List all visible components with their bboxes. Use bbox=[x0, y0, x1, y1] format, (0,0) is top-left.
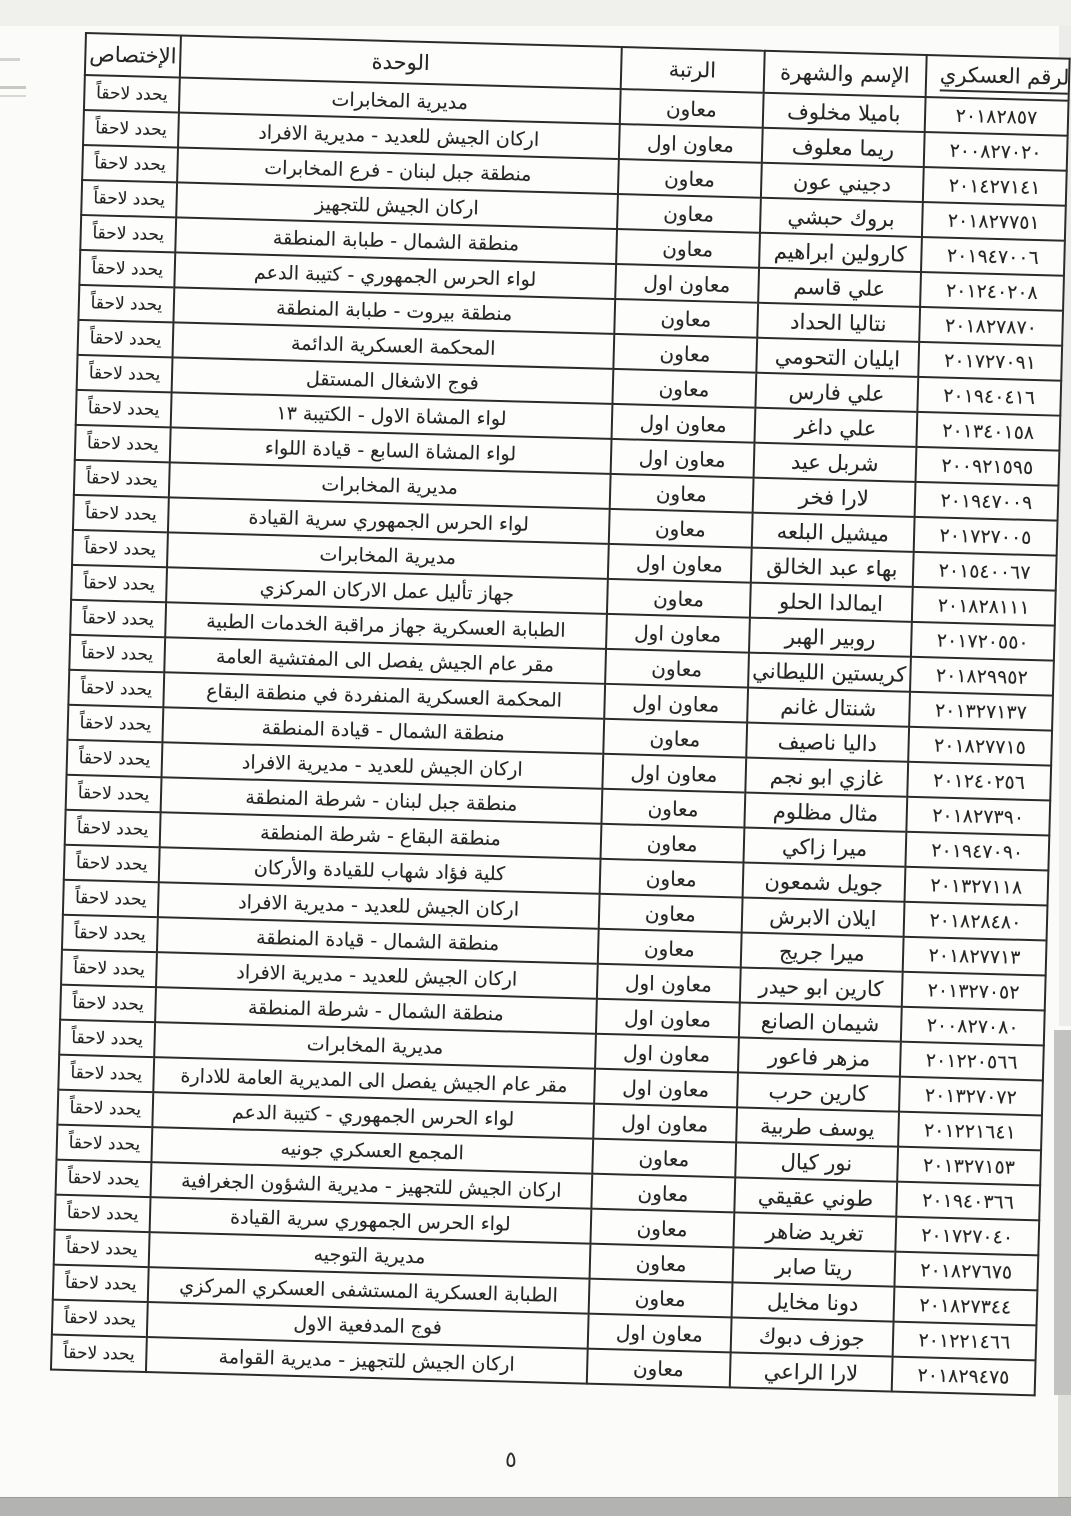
scan-bottom-edge bbox=[0, 1497, 1071, 1516]
cell-military-number: ٢٠١٩٤٧٠٩٠ bbox=[905, 832, 1049, 871]
scan-edge-mark bbox=[0, 58, 20, 61]
cell-rank: معاون bbox=[619, 89, 763, 128]
cell-rank: معاون bbox=[613, 334, 757, 373]
cell-specialization: يحدد لاحقاً bbox=[69, 635, 165, 672]
cell-name: علي داغر bbox=[754, 408, 917, 447]
cell-military-number: ٢٠١٧٢٧٠٠٥ bbox=[913, 517, 1057, 556]
cell-specialization: يحدد لاحقاً bbox=[54, 1230, 150, 1267]
cell-rank: معاون bbox=[612, 369, 756, 408]
cell-military-number: ٢٠٠٨٢٧٠٨٠ bbox=[901, 1007, 1045, 1046]
cell-name: يوسف طربية bbox=[736, 1107, 899, 1146]
cell-military-number: ٢٠١٢٤٠٢٠٨ bbox=[920, 272, 1064, 311]
cell-rank: معاون اول bbox=[610, 439, 754, 478]
cell-rank: معاون اول bbox=[597, 964, 741, 1003]
cell-military-number: ٢٠١٢٤٠٢٥٦ bbox=[907, 762, 1051, 801]
cell-specialization: يحدد لاحقاً bbox=[63, 880, 159, 917]
cell-specialization: يحدد لاحقاً bbox=[83, 110, 179, 147]
cell-name: ايليان التحومي bbox=[756, 338, 919, 377]
scan-edge-mark bbox=[0, 95, 26, 97]
cell-rank: معاون bbox=[608, 509, 752, 548]
cell-rank: معاون اول bbox=[615, 264, 759, 303]
cell-name: نور كيال bbox=[735, 1142, 898, 1181]
cell-military-number: ٢٠١٢٢٠٥٦٦ bbox=[900, 1042, 1044, 1081]
cell-name: كارين حرب bbox=[737, 1072, 900, 1111]
cell-name: باميلا مخلوف bbox=[762, 93, 925, 132]
cell-specialization: يحدد لاحقاً bbox=[58, 1055, 154, 1092]
cell-specialization: يحدد لاحقاً bbox=[68, 670, 164, 707]
cell-specialization: يحدد لاحقاً bbox=[72, 530, 168, 567]
cell-specialization: يحدد لاحقاً bbox=[67, 740, 163, 777]
cell-name: ميرا جريج bbox=[741, 932, 904, 971]
cell-rank: معاون bbox=[617, 194, 761, 233]
cell-rank: معاون bbox=[598, 894, 742, 933]
cell-rank: معاون bbox=[591, 1174, 735, 1213]
cell-rank: معاون bbox=[600, 824, 744, 863]
cell-military-number: ٢٠١٣٢٧١١٨ bbox=[904, 867, 1048, 906]
cell-name: لارا فخر bbox=[752, 478, 915, 517]
cell-specialization: يحدد لاحقاً bbox=[74, 460, 170, 497]
scan-edge-mark bbox=[0, 86, 26, 89]
cell-rank: معاون اول bbox=[602, 754, 746, 793]
cell-name: كريستين الليطاني bbox=[748, 653, 911, 692]
cell-rank: معاون bbox=[586, 1349, 730, 1388]
cell-military-number: ٢٠١٨٢٧٦٧٥ bbox=[894, 1252, 1038, 1291]
cell-name: تغريد ضاهر bbox=[733, 1212, 896, 1251]
cell-name: دجيني عون bbox=[761, 163, 924, 202]
cell-name: مزهر فاعور bbox=[738, 1037, 901, 1076]
cell-military-number: ٢٠١٧٢٧٠٤٠ bbox=[895, 1217, 1039, 1256]
cell-name: ميشيل البلعه bbox=[751, 513, 914, 552]
cell-specialization: يحدد لاحقاً bbox=[84, 75, 180, 112]
cell-specialization: يحدد لاحقاً bbox=[53, 1265, 149, 1302]
cell-military-number: ٢٠١٩٤٠٤١٦ bbox=[917, 377, 1061, 416]
cell-military-number: ٢٠١٨٢٨٥٧ bbox=[924, 97, 1068, 136]
cell-military-number: ٢٠١٨٢٨١١١ bbox=[912, 587, 1056, 626]
cell-specialization: يحدد لاحقاً bbox=[52, 1300, 148, 1337]
cell-name: ريتا صابر bbox=[732, 1247, 895, 1286]
cell-military-number: ٢٠١٨٢٧٧٥١ bbox=[922, 202, 1066, 241]
cell-military-number: ٢٠١٩٤٧٠٠٩ bbox=[914, 482, 1058, 521]
cell-specialization: يحدد لاحقاً bbox=[62, 915, 158, 952]
cell-military-number: ٢٠١٣٢٧٠٥٢ bbox=[902, 972, 1046, 1011]
cell-name: طوني عقيقي bbox=[734, 1177, 897, 1216]
cell-military-number: ٢٠١٣٢٧١٣٧ bbox=[909, 692, 1053, 731]
cell-specialization: يحدد لاحقاً bbox=[82, 145, 178, 182]
page-number: ٥ bbox=[505, 1448, 517, 1473]
cell-name: شربل عيد bbox=[753, 443, 916, 482]
cell-specialization: يحدد لاحقاً bbox=[75, 425, 171, 462]
cell-specialization: يحدد لاحقاً bbox=[64, 845, 160, 882]
cell-name: كارولين ابراهيم bbox=[759, 233, 922, 272]
cell-rank: معاون bbox=[605, 649, 749, 688]
cell-military-number: ٢٠١٥٤٠٠٦٧ bbox=[913, 552, 1057, 591]
cell-rank: معاون اول bbox=[608, 544, 752, 583]
cell-rank: معاون bbox=[597, 929, 741, 968]
cell-military-number: ٢٠١٢٢١٤٦٦ bbox=[892, 1322, 1036, 1361]
scan-top-shade bbox=[0, 0, 1071, 26]
cell-name: علي قاسم bbox=[758, 268, 921, 307]
cell-specialization: يحدد لاحقاً bbox=[79, 250, 175, 287]
cell-name: غازي ابو نجم bbox=[745, 758, 908, 797]
personnel-table: الرقم العسكري الإسم والشهرة الرتبة الوحد… bbox=[50, 32, 1071, 1396]
cell-name: مثال مظلوم bbox=[744, 793, 907, 832]
cell-specialization: يحدد لاحقاً bbox=[56, 1125, 152, 1162]
cell-specialization: يحدد لاحقاً bbox=[80, 215, 176, 252]
cell-name: ايمالدا الحلو bbox=[750, 583, 913, 622]
cell-specialization: يحدد لاحقاً bbox=[65, 810, 161, 847]
cell-rank: معاون اول bbox=[619, 124, 763, 163]
cell-name: علي فارس bbox=[755, 373, 918, 412]
cell-name: جوزف دبوك bbox=[730, 1317, 893, 1356]
cell-specialization: يحدد لاحقاً bbox=[60, 985, 156, 1022]
col-header-specialization: الإختصاص bbox=[85, 33, 181, 77]
cell-name: جويل شمعون bbox=[742, 863, 905, 902]
scanned-page: { "page": { "number": "٥" }, "table": { … bbox=[0, 0, 1071, 1516]
cell-specialization: يحدد لاحقاً bbox=[78, 320, 174, 357]
cell-rank: معاون bbox=[616, 229, 760, 268]
cell-military-number: ٢٠١٧٢٧٠٩١ bbox=[918, 342, 1062, 381]
cell-name: روبير الهبر bbox=[749, 618, 912, 657]
cell-rank: معاون اول bbox=[587, 1314, 731, 1353]
cell-military-number: ٢٠١٨٢٨٤٨٠ bbox=[903, 902, 1047, 941]
cell-specialization: يحدد لاحقاً bbox=[66, 775, 162, 812]
cell-specialization: يحدد لاحقاً bbox=[78, 285, 174, 322]
cell-military-number: ٢٠١٣٤٠١٥٨ bbox=[916, 412, 1060, 451]
cell-rank: معاون bbox=[607, 579, 751, 618]
cell-name: بروك حبشي bbox=[760, 198, 923, 237]
cell-military-number: ٢٠١٤٢٧١٤١ bbox=[923, 167, 1067, 206]
cell-rank: معاون bbox=[614, 299, 758, 338]
cell-rank: معاون اول bbox=[595, 1034, 739, 1073]
cell-military-number: ٢٠١٣٢٧١٥٣ bbox=[897, 1147, 1041, 1186]
cell-rank: معاون bbox=[592, 1139, 736, 1178]
cell-specialization: يحدد لاحقاً bbox=[55, 1195, 151, 1232]
cell-rank: معاون bbox=[603, 719, 747, 758]
cell-military-number: ٢٠٠٩٢١٥٩٥ bbox=[915, 447, 1059, 486]
cell-specialization: يحدد لاحقاً bbox=[59, 1020, 155, 1057]
scan-right-shadow-light bbox=[1058, 1395, 1071, 1497]
cell-rank: معاون اول bbox=[606, 614, 750, 653]
cell-military-number: ٢٠١٨٢٧٣٩٠ bbox=[906, 797, 1050, 836]
cell-military-number: ٢٠١٨٢٧٣٤٤ bbox=[893, 1287, 1037, 1326]
cell-rank: معاون اول bbox=[594, 1069, 738, 1108]
cell-name: ميرا زاكي bbox=[743, 828, 906, 867]
cell-military-number: ٢٠١٩٤٠٣٦٦ bbox=[896, 1182, 1040, 1221]
cell-specialization: يحدد لاحقاً bbox=[57, 1090, 153, 1127]
cell-name: لارا الراعي bbox=[730, 1352, 893, 1391]
cell-specialization: يحدد لاحقاً bbox=[70, 600, 166, 637]
cell-specialization: يحدد لاحقاً bbox=[71, 565, 167, 602]
cell-rank: معاون اول bbox=[596, 999, 740, 1038]
cell-rank: معاون اول bbox=[611, 404, 755, 443]
cell-specialization: يحدد لاحقاً bbox=[61, 950, 157, 987]
cell-name: بهاء عبد الخالق bbox=[751, 548, 914, 587]
cell-name: نتاليا الحداد bbox=[757, 303, 920, 342]
cell-military-number: ٢٠٠٨٢٧٠٢٠ bbox=[924, 132, 1068, 171]
cell-military-number: ٢٠١٨٢٧٨٧٠ bbox=[919, 307, 1063, 346]
cell-specialization: يحدد لاحقاً bbox=[51, 1335, 147, 1372]
cell-military-number: ٢٠١٢٢١٦٤١ bbox=[898, 1112, 1042, 1151]
col-header-rank: الرتبة bbox=[620, 47, 764, 93]
cell-specialization: يحدد لاحقاً bbox=[76, 390, 172, 427]
cell-military-number: ٢٠١٩٤٧٠٠٦ bbox=[921, 237, 1065, 276]
cell-specialization: يحدد لاحقاً bbox=[73, 495, 169, 532]
col-header-name: الإسم والشهرة bbox=[763, 51, 926, 97]
cell-specialization: يحدد لاحقاً bbox=[56, 1160, 152, 1197]
cell-military-number: ٢٠١٨٢٩٤٧٥ bbox=[891, 1357, 1035, 1396]
personnel-table-container: الرقم العسكري الإسم والشهرة الرتبة الوحد… bbox=[50, 32, 1071, 1396]
cell-name: ايلان الابرش bbox=[741, 898, 904, 937]
cell-rank: معاون اول bbox=[604, 684, 748, 723]
cell-name: دونا مخايل bbox=[731, 1282, 894, 1321]
cell-military-number: ٢٠١٧٢٠٥٥٠ bbox=[911, 622, 1055, 661]
scan-right-shadow bbox=[1054, 1030, 1071, 1395]
col-header-military-number: الرقم العسكري bbox=[925, 55, 1069, 101]
cell-name: شنتال غانم bbox=[747, 688, 910, 727]
cell-rank: معاون bbox=[609, 474, 753, 513]
cell-military-number: ٢٠١٨٢٧٧١٣ bbox=[902, 937, 1046, 976]
cell-name: ريما معلوف bbox=[762, 128, 925, 167]
cell-specialization: يحدد لاحقاً bbox=[81, 180, 177, 217]
cell-rank: معاون bbox=[589, 1244, 733, 1283]
cell-specialization: يحدد لاحقاً bbox=[77, 355, 173, 392]
cell-military-number: ٢٠١٣٢٧٠٧٢ bbox=[899, 1077, 1043, 1116]
cell-rank: معاون bbox=[601, 789, 745, 828]
cell-military-number: ٢٠١٨٢٧٧١٥ bbox=[908, 727, 1052, 766]
cell-rank: معاون bbox=[618, 159, 762, 198]
cell-name: كارين ابو حيدر bbox=[740, 967, 903, 1006]
cell-name: داليا ناصيف bbox=[746, 723, 909, 762]
cell-name: شيمان الصانع bbox=[739, 1002, 902, 1041]
cell-military-number: ٢٠١٨٢٩٩٥٢ bbox=[910, 657, 1054, 696]
cell-rank: معاون bbox=[590, 1209, 734, 1248]
cell-rank: معاون bbox=[599, 859, 743, 898]
cell-rank: معاون اول bbox=[593, 1104, 737, 1143]
cell-rank: معاون bbox=[588, 1279, 732, 1318]
cell-specialization: يحدد لاحقاً bbox=[67, 705, 163, 742]
